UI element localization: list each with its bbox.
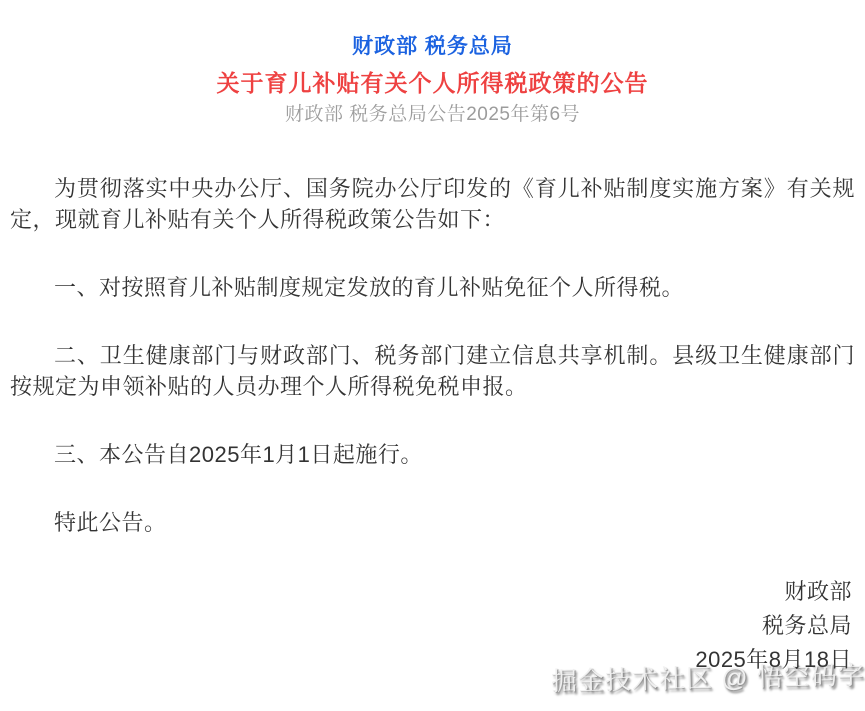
doc-number: 财政部 税务总局公告2025年第6号 <box>0 100 865 130</box>
announcement-header: 财政部 税务总局 关于育儿补贴有关个人所得税政策的公告 财政部 税务总局公告20… <box>0 0 865 130</box>
announcement-title: 关于育儿补贴有关个人所得税政策的公告 <box>0 66 865 100</box>
clause-3: 三、本公告自2025年1月1日起施行。 <box>10 439 855 470</box>
signature-date: 2025年8月18日 <box>0 643 852 677</box>
signature-block: 财政部 税务总局 2025年8月18日 <box>0 575 865 677</box>
page: 财政部 税务总局 关于育儿补贴有关个人所得税政策的公告 财政部 税务总局公告20… <box>0 0 865 711</box>
closing-line: 特此公告。 <box>10 507 855 538</box>
announcement-document: 财政部 税务总局 关于育儿补贴有关个人所得税政策的公告 财政部 税务总局公告20… <box>0 0 865 677</box>
signature-issuer-1: 财政部 <box>0 575 852 609</box>
announcement-body: 为贯彻落实中央办公厅、国务院办公厅印发的《育儿补贴制度实施方案》有关规定，现就育… <box>0 173 865 538</box>
issuer-title: 财政部 税务总局 <box>0 32 865 62</box>
clause-1: 一、对按照育儿补贴制度规定发放的育儿补贴免征个人所得税。 <box>10 272 855 303</box>
clause-2: 二、卫生健康部门与财政部门、税务部门建立信息共享机制。县级卫生健康部门按规定为申… <box>10 340 855 402</box>
paragraph-intro: 为贯彻落实中央办公厅、国务院办公厅印发的《育儿补贴制度实施方案》有关规定，现就育… <box>10 173 855 235</box>
signature-issuer-2: 税务总局 <box>0 609 852 643</box>
